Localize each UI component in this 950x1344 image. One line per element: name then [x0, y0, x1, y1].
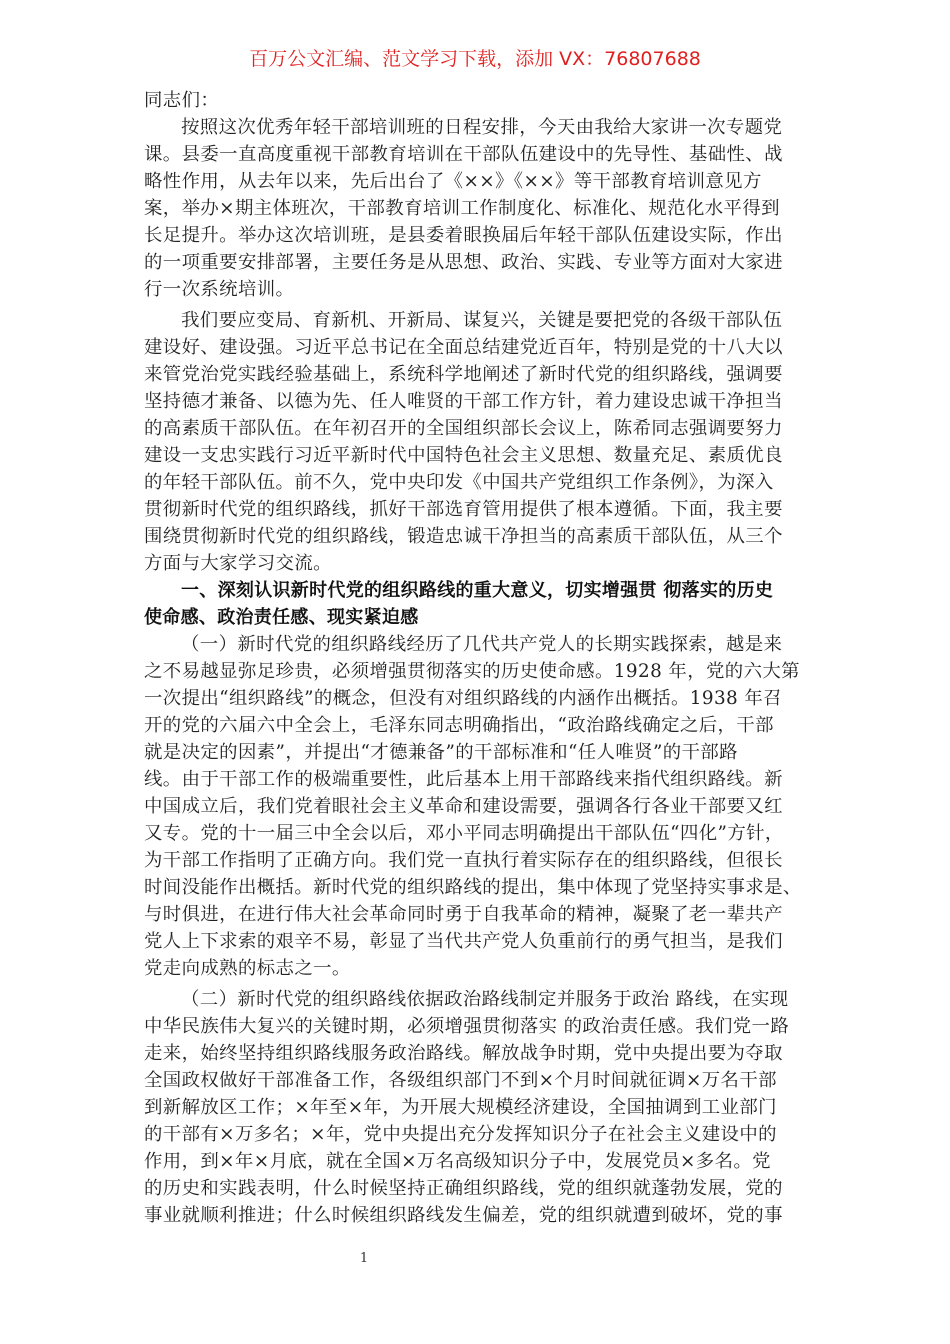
paragraph-line: 线。由于干部工作的极端重要性，此后基本上用干部路线来指代组织路线。新 [144, 766, 814, 793]
heading-line: 使命感、政治责任感、现实紧迫感 [144, 604, 814, 631]
paragraph-line: 按照这次优秀年轻干部培训班的日程安排，今天由我给大家讲一次专题党 [144, 114, 814, 141]
paragraph-line: 全国政权做好干部准备工作，各级组织部门不到×个月时间就征调×万名干部 [144, 1067, 814, 1094]
paragraph-line: 作用，到×年×月底，就在全国×万名高级知识分子中，发展党员×多名。党 [144, 1148, 814, 1175]
paragraph-subsection-1: （一）新时代党的组织路线经历了几代共产党人的长期实践探索，越是来 之不易越显弥足… [144, 631, 814, 982]
document-body: 同志们： 按照这次优秀年轻干部培训班的日程安排，今天由我给大家讲一次专题党 课。… [144, 87, 814, 1229]
paragraph-line: 又专。党的十一届三中全会以后，邓小平同志明确提出干部队伍“四化”方针， [144, 820, 814, 847]
paragraph-line: 事业就顺利推进；什么时候组织路线发生偏差，党的组织就遭到破坏，党的事 [144, 1202, 814, 1229]
heading-line: 一、深刻认识新时代党的组织路线的重大意义，切实增强贯 彻落实的历史 [144, 577, 814, 604]
paragraph-line: 坚持德才兼备、以德为先、任人唯贤的干部工作方针，着力建设忠诚干净担当 [144, 388, 814, 415]
paragraph-line: 的高素质干部队伍。在年初召开的全国组织部长会议上，陈希同志强调要努力 [144, 415, 814, 442]
paragraph-intro: 按照这次优秀年轻干部培训班的日程安排，今天由我给大家讲一次专题党 课。县委一直高… [144, 114, 814, 303]
paragraph-line: 建设好、建设强。习近平总书记在全面总结建党近百年，特别是党的十八大以 [144, 334, 814, 361]
paragraph-line: 我们要应变局、育新机、开新局、谋复兴，关键是要把党的各级干部队伍 [144, 307, 814, 334]
paragraph-line: （一）新时代党的组织路线经历了几代共产党人的长期实践探索，越是来 [144, 631, 814, 658]
paragraph-line: 课。县委一直高度重视干部教育培训在干部队伍建设中的先导性、基础性、战 [144, 141, 814, 168]
paragraph-line: 围绕贯彻新时代党的组织路线，锻造忠诚干净担当的高素质干部队伍，从三个 [144, 523, 814, 550]
paragraph-line: 的历史和实践表明，什么时候坚持正确组织路线，党的组织就蓬勃发展，党的 [144, 1175, 814, 1202]
paragraph-line: 中华民族伟大复兴的关键时期，必须增强贯彻落实 的政治责任感。我们党一路 [144, 1013, 814, 1040]
paragraph-line: 与时俱进，在进行伟大社会革命同时勇于自我革命的精神，凝聚了老一辈共产 [144, 901, 814, 928]
paragraph-line: 党人上下求索的艰辛不易，彰显了当代共产党人负重前行的勇气担当，是我们 [144, 928, 814, 955]
paragraph-context: 我们要应变局、育新机、开新局、谋复兴，关键是要把党的各级干部队伍 建设好、建设强… [144, 307, 814, 577]
paragraph-subsection-2: （二）新时代党的组织路线依据政治路线制定并服务于政治 路线，在实现 中华民族伟大… [144, 986, 814, 1229]
paragraph-line: 党走向成熟的标志之一。 [144, 955, 814, 982]
paragraph-line: 到新解放区工作；×年至×年，为开展大规模经济建设，全国抽调到工业部门 [144, 1094, 814, 1121]
paragraph-line: 一次提出“组织路线”的概念，但没有对组织路线的内涵作出概括。1938 年召 [144, 685, 814, 712]
paragraph-line: 案，举办×期主体班次，干部教育培训工作制度化、标准化、规范化水平得到 [144, 195, 814, 222]
watermark-banner: 百万公文汇编、范文学习下载，添加 VX：76807688 [0, 46, 950, 72]
paragraph-line: 就是决定的因素”，并提出“才德兼备”的干部标准和“任人唯贤”的干部路 [144, 739, 814, 766]
paragraph-line: 行一次系统培训。 [144, 276, 814, 303]
paragraph-line: 中国成立后，我们党着眼社会主义革命和建设需要，强调各行各业干部要又红 [144, 793, 814, 820]
paragraph-line: 为干部工作指明了正确方向。我们党一直执行着实际存在的组织路线，但很长 [144, 847, 814, 874]
paragraph-line: 方面与大家学习交流。 [144, 550, 814, 577]
salutation: 同志们： [144, 87, 814, 114]
paragraph-line: 长足提升。举办这次培训班，是县委着眼换届后年轻干部队伍建设实际，作出 [144, 222, 814, 249]
paragraph-line: 时间没能作出概括。新时代党的组织路线的提出，集中体现了党坚持实事求是、 [144, 874, 814, 901]
paragraph-line: 开的党的六届六中全会上，毛泽东同志明确指出，“政治路线确定之后，干部 [144, 712, 814, 739]
paragraph-line: 的一项重要安排部署，主要任务是从思想、政治、实践、专业等方面对大家进 [144, 249, 814, 276]
paragraph-line: 贯彻新时代党的组织路线，抓好干部选育管用提供了根本遵循。下面，我主要 [144, 496, 814, 523]
paragraph-line: 走来，始终坚持组织路线服务政治路线。解放战争时期，党中央提出要为夺取 [144, 1040, 814, 1067]
paragraph-line: 建设一支忠实践行习近平新时代中国特色社会主义思想、数量充足、素质优良 [144, 442, 814, 469]
paragraph-line: 的年轻干部队伍。前不久，党中央印发《中国共产党组织工作条例》，为深入 [144, 469, 814, 496]
page-number: 1 [356, 1250, 372, 1268]
paragraph-line: 的干部有×万多名；×年，党中央提出充分发挥知识分子在社会主义建设中的 [144, 1121, 814, 1148]
paragraph-line: 来管党治党实践经验基础上，系统科学地阐述了新时代党的组织路线，强调要 [144, 361, 814, 388]
section-heading-1: 一、深刻认识新时代党的组织路线的重大意义，切实增强贯 彻落实的历史 使命感、政治… [144, 577, 814, 631]
paragraph-line: 之不易越显弥足珍贵，必须增强贯彻落实的历史使命感。1928 年，党的六大第 [144, 658, 814, 685]
paragraph-line: （二）新时代党的组织路线依据政治路线制定并服务于政治 路线，在实现 [144, 986, 814, 1013]
document-page: 百万公文汇编、范文学习下载，添加 VX：76807688 同志们： 按照这次优秀… [0, 0, 950, 1344]
paragraph-line: 略性作用，从去年以来，先后出台了《××》《××》等干部教育培训意见方 [144, 168, 814, 195]
